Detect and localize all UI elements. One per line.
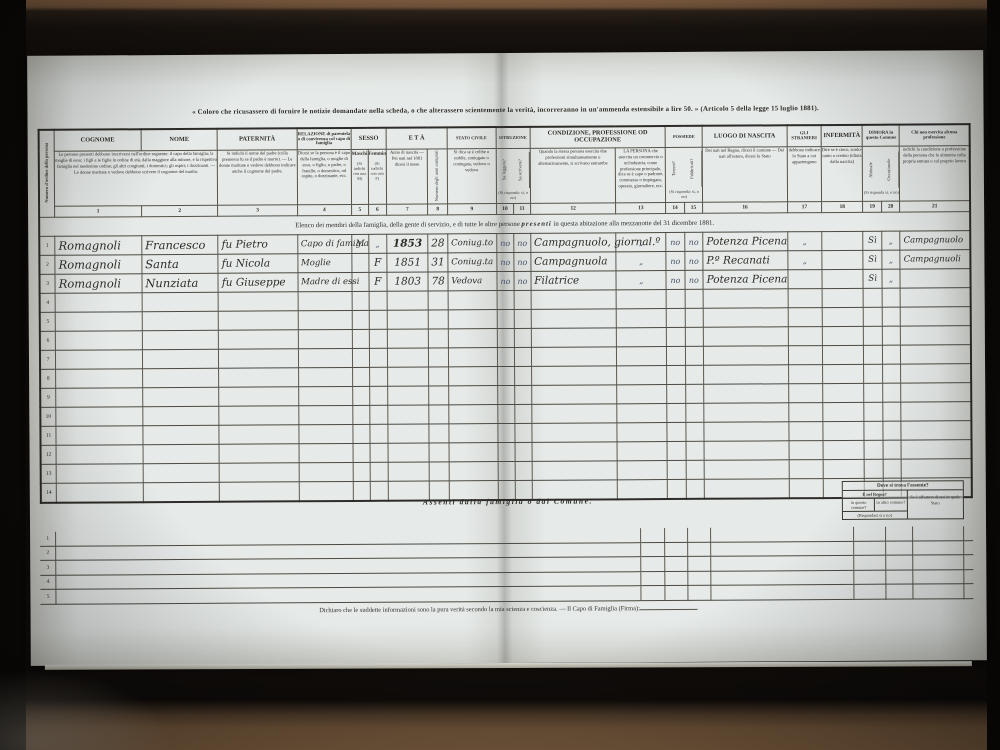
cell-terreni: no [666,251,685,270]
cell-chi [900,269,970,288]
cell-fabbricati: no [684,251,703,270]
census-table: Numero d'ordine della persona COGNOME NO… [38,123,973,504]
cell-stranieri [788,270,822,289]
cell-chi: Campagnuoli [900,250,970,269]
note-infermita: Dire se è cieco, sordo-muto o cretino (i… [821,146,863,201]
note-anno-nascita: Anno di nascita — Pei nati nel 1881 dice… [386,149,428,204]
column-header-relazione: RELAZIONE di parentela o di convivenza c… [297,128,352,150]
cell-occasionale: „ [882,250,901,269]
cell-femmine: F [369,272,388,291]
column-header-chi-non-esercita: Chi non esercita alcuna professione [899,124,969,146]
cell-scrivere: no [514,252,531,271]
cell-nome: Francesco [142,235,219,254]
cell-leggere: no [497,271,515,290]
cell-femmine: F [368,253,387,272]
cell-chi: Campagnuolo [900,231,970,250]
cell-nome: Santa [142,254,219,273]
photo-of-census-page: « Coloro che ricusassero di fornire le n… [0,0,1000,750]
cell-anni: 31 [428,253,447,272]
cell-terreni: no [666,232,685,251]
cell-cognome: Romagnoli [55,274,142,294]
cell-anno: 1851 [387,253,429,272]
cell-infermita [822,250,864,269]
cell-leggere: no [496,252,514,271]
cell-professione: Campagnuola [531,252,617,272]
cell-terreni: no [666,270,685,289]
column-header-cognome: COGNOME [54,129,141,151]
cell-professione: Campagnuolo, giornal.º [530,233,616,253]
cell-stato: Coniug.to [448,234,497,253]
cell-stato: Vedova [448,272,497,291]
assenti-table: 1 2 3 4 [40,526,973,604]
legal-notice: « Coloro che ricusassero di fornire le n… [47,104,963,117]
column-header-stranieri: GLI STRANIERI [787,125,821,147]
cell-stato: Coniug.ta [448,253,497,272]
cell-abituale: Sì [863,250,882,269]
cell-nascita: Potenza Picena [703,232,788,252]
subheader-possiede: Terreni?Fabbricati? (Si risponda: sì, o … [665,147,702,202]
cell-nascita: P.º Recanati [703,251,788,271]
column-header-dimora: DIMORA in questo Comune [863,125,900,147]
assente-altro-comune-label: in altro comune? [874,499,906,512]
cell-abituale: Sì [863,231,882,250]
column-header-condizione: CONDIZIONE, PROFESSIONE OD OCCUPAZIONE [530,126,666,148]
assente-questo-comune-label: in questo comune? [843,499,874,512]
cell-stranieri: „ [788,251,822,270]
cell-infermita [822,269,864,288]
book-cover-left-edge [0,0,26,750]
column-header-nome: NOME [141,129,218,151]
column-header-sesso: SESSO [351,128,386,150]
cell-occasionale: „ [882,231,901,250]
cell-cognome: Romagnoli [55,236,142,256]
cell-anno: 1803 [387,272,429,291]
cell-maschi [352,253,369,272]
subheader-dimora: AbitualeOccasionale (Si risponda sì, o n… [863,146,900,201]
cell-paternita: fu Pietro [218,235,297,254]
column-header-eta: E T À [386,127,447,149]
signature-line [640,603,698,610]
assente-location-box: Dove si trova l'assente? È nel Regno? in… [842,480,964,520]
subheader-femmine: Femmine(Si indichi con una F) [368,149,387,204]
note-relazione: Dicesi se la persona è il capo della fam… [297,149,352,204]
assente-estero-label: Se è all'estero dicasi in quale Stato [907,490,963,519]
cell-stranieri: „ [788,232,822,251]
cell-persona: „ [616,271,666,290]
column-header-possiede: POSSIEDE [665,126,702,148]
note-chi-non-esercita: indichi la condizione o professione dell… [899,146,970,201]
note-condizione: Quando la stessa persona esercita due pr… [530,148,616,204]
cell-scrivere: no [514,233,531,252]
cell-anni: 78 [428,272,447,291]
note-luogo-nascita: Dei nati nel Regno, dicesi il comune — D… [702,147,787,203]
subheader-anni-compiuti: Numero degli anni compiuti [428,149,448,204]
note-la-persona: LA PERSONA che esercita un commercio o u… [616,148,666,203]
cell-persona: „ [616,252,666,271]
book-cover-right-edge [987,0,1000,750]
cell-infermita [822,231,864,250]
cell-femmine: „ [368,234,387,253]
census-sheet: « Coloro che ricusassero di fornire le n… [27,50,987,666]
cell-nome: Nunziata [142,273,219,292]
cell-fabbricati: no [685,270,704,289]
note-stranieri: debbono indicare lo Stato a cui apparten… [787,147,821,202]
cell-professione: Filatrice [531,271,617,291]
note-cognome-nome: Le persone presenti debbono inscriversi … [54,150,218,206]
column-header-paternita: PATERNITÀ [217,128,296,150]
cell-relazione: Moglie [297,253,351,272]
subheader-maschi: Maschi(Si indichi con una M) [351,149,368,204]
column-header-stato-civile: STATO CIVILE [447,127,496,149]
subheader-istruzione: Sa leggere?Sa scrivere? (Si risponda: sì… [496,148,530,203]
column-header-istruzione: ISTRUZIONE [496,127,530,149]
table-surface-corner [0,670,170,750]
cell-leggere: no [496,233,514,252]
assente-risposta-note: (Rispondasi sì o no) [843,511,907,519]
cell-anni: 28 [428,234,447,253]
cell-occasionale: „ [882,269,901,288]
note-paternita: Si indichi il nome del padre (colla prem… [218,150,298,205]
column-header-numero: Numero d'ordine della persona [39,130,55,218]
cell-relazione: Madre di essi [298,272,352,291]
cell-paternita: fu Giuseppe [218,273,297,292]
cell-nascita: Potenza Picena [703,270,788,290]
cell-relazione: Capo di famig.a [297,234,351,253]
cell-scrivere: no [514,271,531,290]
cell-fabbricati: no [684,232,703,251]
cell-anno: 1853 [387,234,429,253]
numero-vertical-label: Numero d'ordine della persona [44,143,49,203]
column-header-luogo-nascita: LUOGO DI NASCITA [702,125,787,147]
note-stato-civile: Si dica se è celibe o nubile, coniugato … [447,149,496,204]
cell-cognome: Romagnoli [55,255,142,275]
cell-abituale: Sì [863,269,882,288]
column-header-infermita: INFERMITÀ [821,125,863,147]
cell-paternita: fu Nicola [218,254,297,273]
